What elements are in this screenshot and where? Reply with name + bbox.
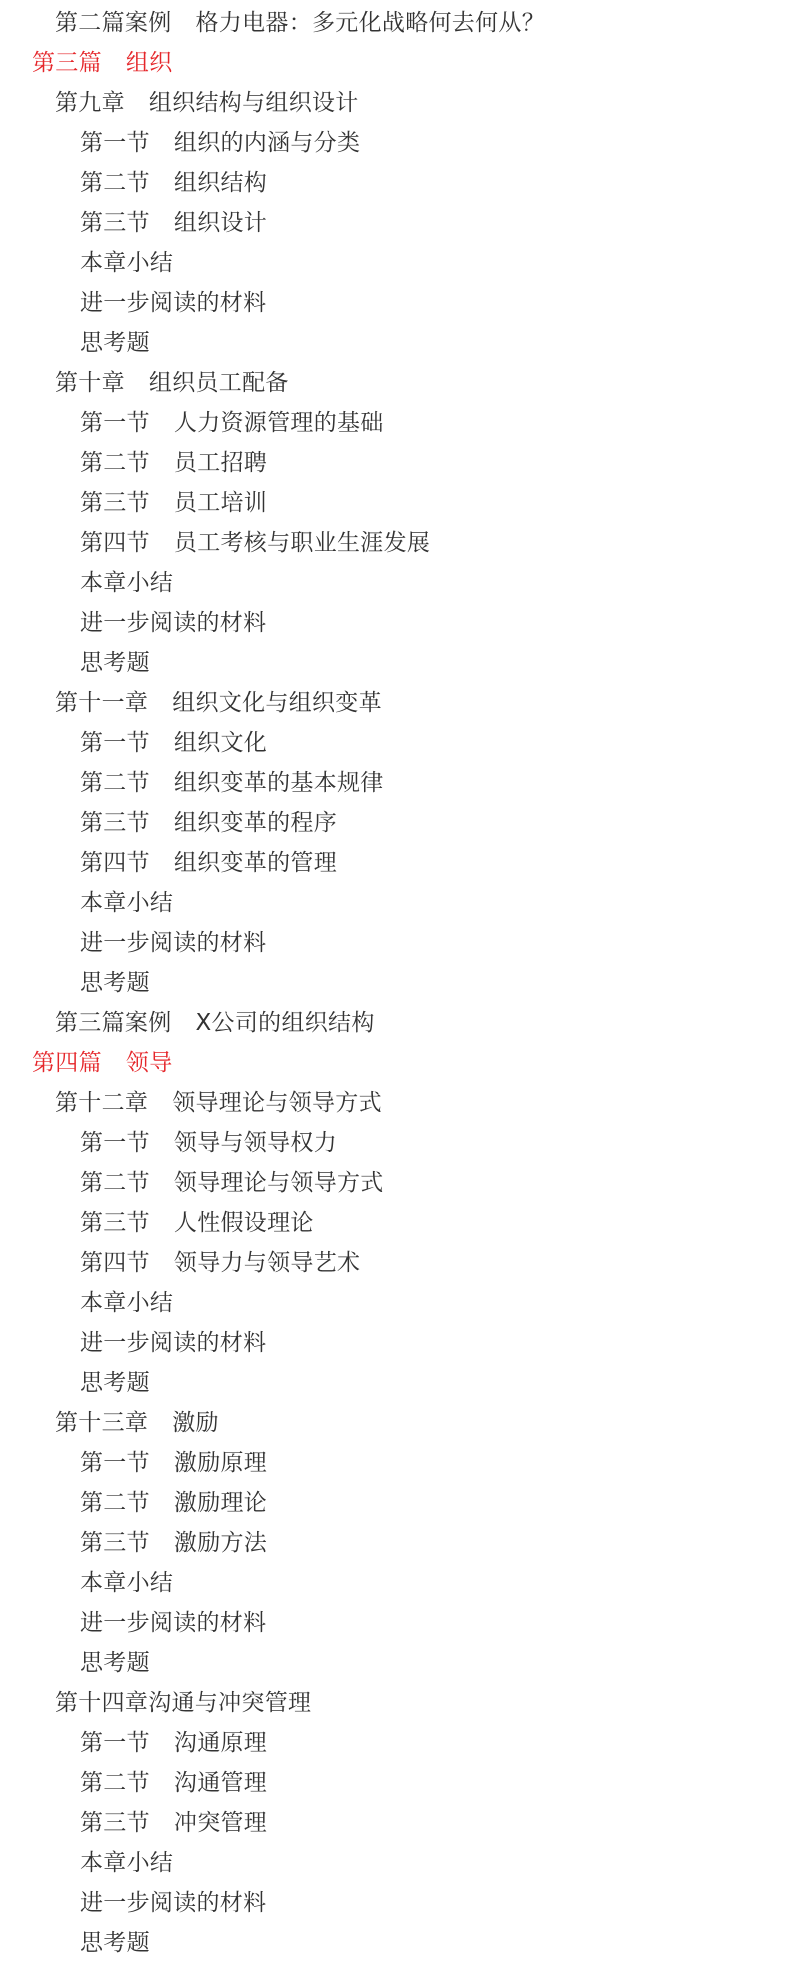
toc-entry-label: 第三篇 xyxy=(32,50,102,76)
toc-entry-section[interactable]: 第一节人力资源管理的基础 xyxy=(0,403,790,443)
toc-entry-title: 人性假设理论 xyxy=(174,1210,314,1236)
toc-entry-label: 第二节 xyxy=(80,170,150,196)
toc-entry-label: 进一步阅读的材料 xyxy=(80,1890,266,1916)
toc-entry-title: 组织结构与组织设计 xyxy=(149,90,359,116)
toc-entry-section[interactable]: 本章小结 xyxy=(0,243,790,283)
toc-entry-title: 领导力与领导艺术 xyxy=(174,1250,360,1276)
toc-entry-label: 进一步阅读的材料 xyxy=(80,1610,266,1636)
toc-entry-label: 第二节 xyxy=(80,450,150,476)
toc-entry-label: 第一节 xyxy=(80,1730,150,1756)
toc-entry-label: 思考题 xyxy=(80,970,150,996)
toc-entry-label: 第三节 xyxy=(80,1530,150,1556)
toc-entry-section[interactable]: 第三节组织变革的程序 xyxy=(0,803,790,843)
toc-entry-chapter[interactable]: 第二篇案例格力电器：多元化战略何去何从？ xyxy=(0,3,790,43)
toc-entry-title: 激励方法 xyxy=(174,1530,267,1556)
toc-entry-chapter[interactable]: 第十二章领导理论与领导方式 xyxy=(0,1083,790,1123)
toc-entry-label: 进一步阅读的材料 xyxy=(80,290,266,316)
toc-entry-title: 激励 xyxy=(172,1410,219,1436)
toc-entry-section[interactable]: 进一步阅读的材料 xyxy=(0,923,790,963)
toc-entry-label: 第十一章 xyxy=(55,690,148,716)
toc-entry-section[interactable]: 思考题 xyxy=(0,1923,790,1963)
toc-entry-chapter[interactable]: 第九章组织结构与组织设计 xyxy=(0,83,790,123)
toc-entry-section[interactable]: 进一步阅读的材料 xyxy=(0,1883,790,1923)
toc-entry-title: 人力资源管理的基础 xyxy=(174,410,384,436)
toc-entry-label: 本章小结 xyxy=(80,1850,173,1876)
toc-entry-section[interactable]: 第四节员工考核与职业生涯发展 xyxy=(0,523,790,563)
toc-entry-label: 第四篇 xyxy=(32,1050,102,1076)
table-of-contents: 第二篇案例格力电器：多元化战略何去何从？ 第三篇组织 第九章组织结构与组织设计 … xyxy=(0,0,790,1963)
toc-entry-chapter[interactable]: 第三篇案例X公司的组织结构 xyxy=(0,1003,790,1043)
toc-entry-label: 第三节 xyxy=(80,210,150,236)
toc-entry-section[interactable]: 思考题 xyxy=(0,963,790,1003)
toc-entry-label: 第三节 xyxy=(80,1810,150,1836)
toc-entry-title: 激励原理 xyxy=(174,1450,267,1476)
toc-entry-section[interactable]: 本章小结 xyxy=(0,883,790,923)
toc-entry-section[interactable]: 本章小结 xyxy=(0,563,790,603)
toc-entry-label: 第二篇案例 xyxy=(55,10,172,36)
toc-entry-label: 思考题 xyxy=(80,650,150,676)
toc-entry-label: 第一节 xyxy=(80,410,150,436)
toc-entry-title: 组织变革的程序 xyxy=(174,810,337,836)
toc-entry-title: 格力电器：多元化战略何去何从？ xyxy=(196,10,546,36)
toc-entry-section[interactable]: 本章小结 xyxy=(0,1843,790,1883)
toc-entry-label: 本章小结 xyxy=(80,570,173,596)
toc-entry-label: 第三节 xyxy=(80,490,150,516)
toc-entry-label: 进一步阅读的材料 xyxy=(80,610,266,636)
toc-entry-label: 思考题 xyxy=(80,1930,150,1956)
toc-entry-label: 进一步阅读的材料 xyxy=(80,930,266,956)
toc-entry-label: 本章小结 xyxy=(80,890,173,916)
toc-entry-section[interactable]: 第一节组织文化 xyxy=(0,723,790,763)
toc-entry-section[interactable]: 第三节激励方法 xyxy=(0,1523,790,1563)
toc-entry-title: 组织文化与组织变革 xyxy=(172,690,382,716)
toc-entry-section[interactable]: 第二节组织变革的基本规律 xyxy=(0,763,790,803)
toc-entry-label: 本章小结 xyxy=(80,250,173,276)
toc-entry-label: 第四节 xyxy=(80,1250,150,1276)
toc-entry-section[interactable]: 第一节沟通原理 xyxy=(0,1723,790,1763)
toc-entry-section[interactable]: 第二节激励理论 xyxy=(0,1483,790,1523)
toc-entry-label: 第一节 xyxy=(80,130,150,156)
toc-entry-section[interactable]: 进一步阅读的材料 xyxy=(0,1603,790,1643)
toc-entry-section[interactable]: 思考题 xyxy=(0,643,790,683)
toc-entry-label: 第三篇案例 xyxy=(55,1010,172,1036)
toc-entry-label: 思考题 xyxy=(80,1370,150,1396)
toc-entry-title: 组织变革的基本规律 xyxy=(174,770,384,796)
toc-entry-section[interactable]: 思考题 xyxy=(0,1643,790,1683)
toc-entry-section[interactable]: 进一步阅读的材料 xyxy=(0,603,790,643)
toc-entry-section[interactable]: 第二节领导理论与领导方式 xyxy=(0,1163,790,1203)
toc-entry-label: 第十三章 xyxy=(55,1410,148,1436)
toc-entry-title: 组织员工配备 xyxy=(149,370,289,396)
toc-entry-label: 第十二章 xyxy=(55,1090,148,1116)
toc-entry-section[interactable]: 本章小结 xyxy=(0,1563,790,1603)
toc-entry-section[interactable]: 第一节领导与领导权力 xyxy=(0,1123,790,1163)
toc-entry-section[interactable]: 思考题 xyxy=(0,323,790,363)
toc-entry-chapter[interactable]: 第十三章激励 xyxy=(0,1403,790,1443)
toc-entry-chapter[interactable]: 第十章组织员工配备 xyxy=(0,363,790,403)
toc-entry-section[interactable]: 第四节领导力与领导艺术 xyxy=(0,1243,790,1283)
toc-entry-title: 员工考核与职业生涯发展 xyxy=(174,530,430,556)
toc-entry-label: 第一节 xyxy=(80,730,150,756)
toc-entry-title: 领导与领导权力 xyxy=(174,1130,337,1156)
toc-entry-label: 第四节 xyxy=(80,850,150,876)
toc-entry-title: 组织结构 xyxy=(174,170,267,196)
toc-entry-section[interactable]: 第一节激励原理 xyxy=(0,1443,790,1483)
toc-entry-part[interactable]: 第四篇领导 xyxy=(0,1043,790,1083)
toc-entry-label: 第二节 xyxy=(80,1770,150,1796)
toc-entry-title: 组织 xyxy=(126,50,173,76)
toc-entry-title: 激励理论 xyxy=(174,1490,267,1516)
toc-entry-title: 员工招聘 xyxy=(174,450,267,476)
toc-entry-title: 沟通原理 xyxy=(174,1730,267,1756)
toc-entry-label: 第三节 xyxy=(80,1210,150,1236)
toc-entry-title: 组织文化 xyxy=(174,730,267,756)
toc-entry-section[interactable]: 第三节组织设计 xyxy=(0,203,790,243)
toc-entry-section[interactable]: 进一步阅读的材料 xyxy=(0,283,790,323)
toc-entry-section[interactable]: 本章小结 xyxy=(0,1283,790,1323)
toc-entry-section[interactable]: 思考题 xyxy=(0,1363,790,1403)
toc-entry-chapter[interactable]: 第十一章组织文化与组织变革 xyxy=(0,683,790,723)
toc-entry-label: 思考题 xyxy=(80,1650,150,1676)
toc-entry-section[interactable]: 第三节员工培训 xyxy=(0,483,790,523)
toc-entry-section[interactable]: 第三节冲突管理 xyxy=(0,1803,790,1843)
toc-entry-label: 第二节 xyxy=(80,1170,150,1196)
toc-entry-label: 第九章 xyxy=(55,90,125,116)
toc-entry-section[interactable]: 第三节人性假设理论 xyxy=(0,1203,790,1243)
toc-entry-title: 领导 xyxy=(126,1050,173,1076)
toc-entry-title: 冲突管理 xyxy=(174,1810,267,1836)
toc-entry-title: 领导理论与领导方式 xyxy=(172,1090,382,1116)
toc-entry-label: 第二节 xyxy=(80,1490,150,1516)
toc-entry-chapter[interactable]: 第十四章沟通与冲突管理 xyxy=(0,1683,790,1723)
toc-entry-label: 第一节 xyxy=(80,1450,150,1476)
toc-entry-title: X公司的组织结构 xyxy=(196,1010,375,1036)
toc-entry-title: 沟通管理 xyxy=(174,1770,267,1796)
toc-entry-label: 本章小结 xyxy=(80,1290,173,1316)
toc-entry-label: 第三节 xyxy=(80,810,150,836)
toc-entry-section[interactable]: 第四节组织变革的管理 xyxy=(0,843,790,883)
toc-entry-section[interactable]: 进一步阅读的材料 xyxy=(0,1323,790,1363)
toc-entry-title: 组织的内涵与分类 xyxy=(174,130,360,156)
toc-entry-label: 思考题 xyxy=(80,330,150,356)
toc-entry-title: 员工培训 xyxy=(174,490,267,516)
toc-entry-label: 第二节 xyxy=(80,770,150,796)
toc-entry-label: 第四节 xyxy=(80,530,150,556)
toc-entry-section[interactable]: 第二节组织结构 xyxy=(0,163,790,203)
toc-entry-title: 组织设计 xyxy=(174,210,267,236)
toc-entry-section[interactable]: 第二节员工招聘 xyxy=(0,443,790,483)
toc-entry-label: 第一节 xyxy=(80,1130,150,1156)
toc-entry-label: 本章小结 xyxy=(80,1570,173,1596)
toc-entry-label: 第十四章沟通与冲突管理 xyxy=(55,1690,311,1716)
toc-entry-label: 第十章 xyxy=(55,370,125,396)
toc-entry-title: 领导理论与领导方式 xyxy=(174,1170,384,1196)
toc-entry-section[interactable]: 第二节沟通管理 xyxy=(0,1763,790,1803)
toc-entry-title: 组织变革的管理 xyxy=(174,850,337,876)
toc-entry-label: 进一步阅读的材料 xyxy=(80,1330,266,1356)
toc-entry-part[interactable]: 第三篇组织 xyxy=(0,43,790,83)
toc-entry-section[interactable]: 第一节组织的内涵与分类 xyxy=(0,123,790,163)
